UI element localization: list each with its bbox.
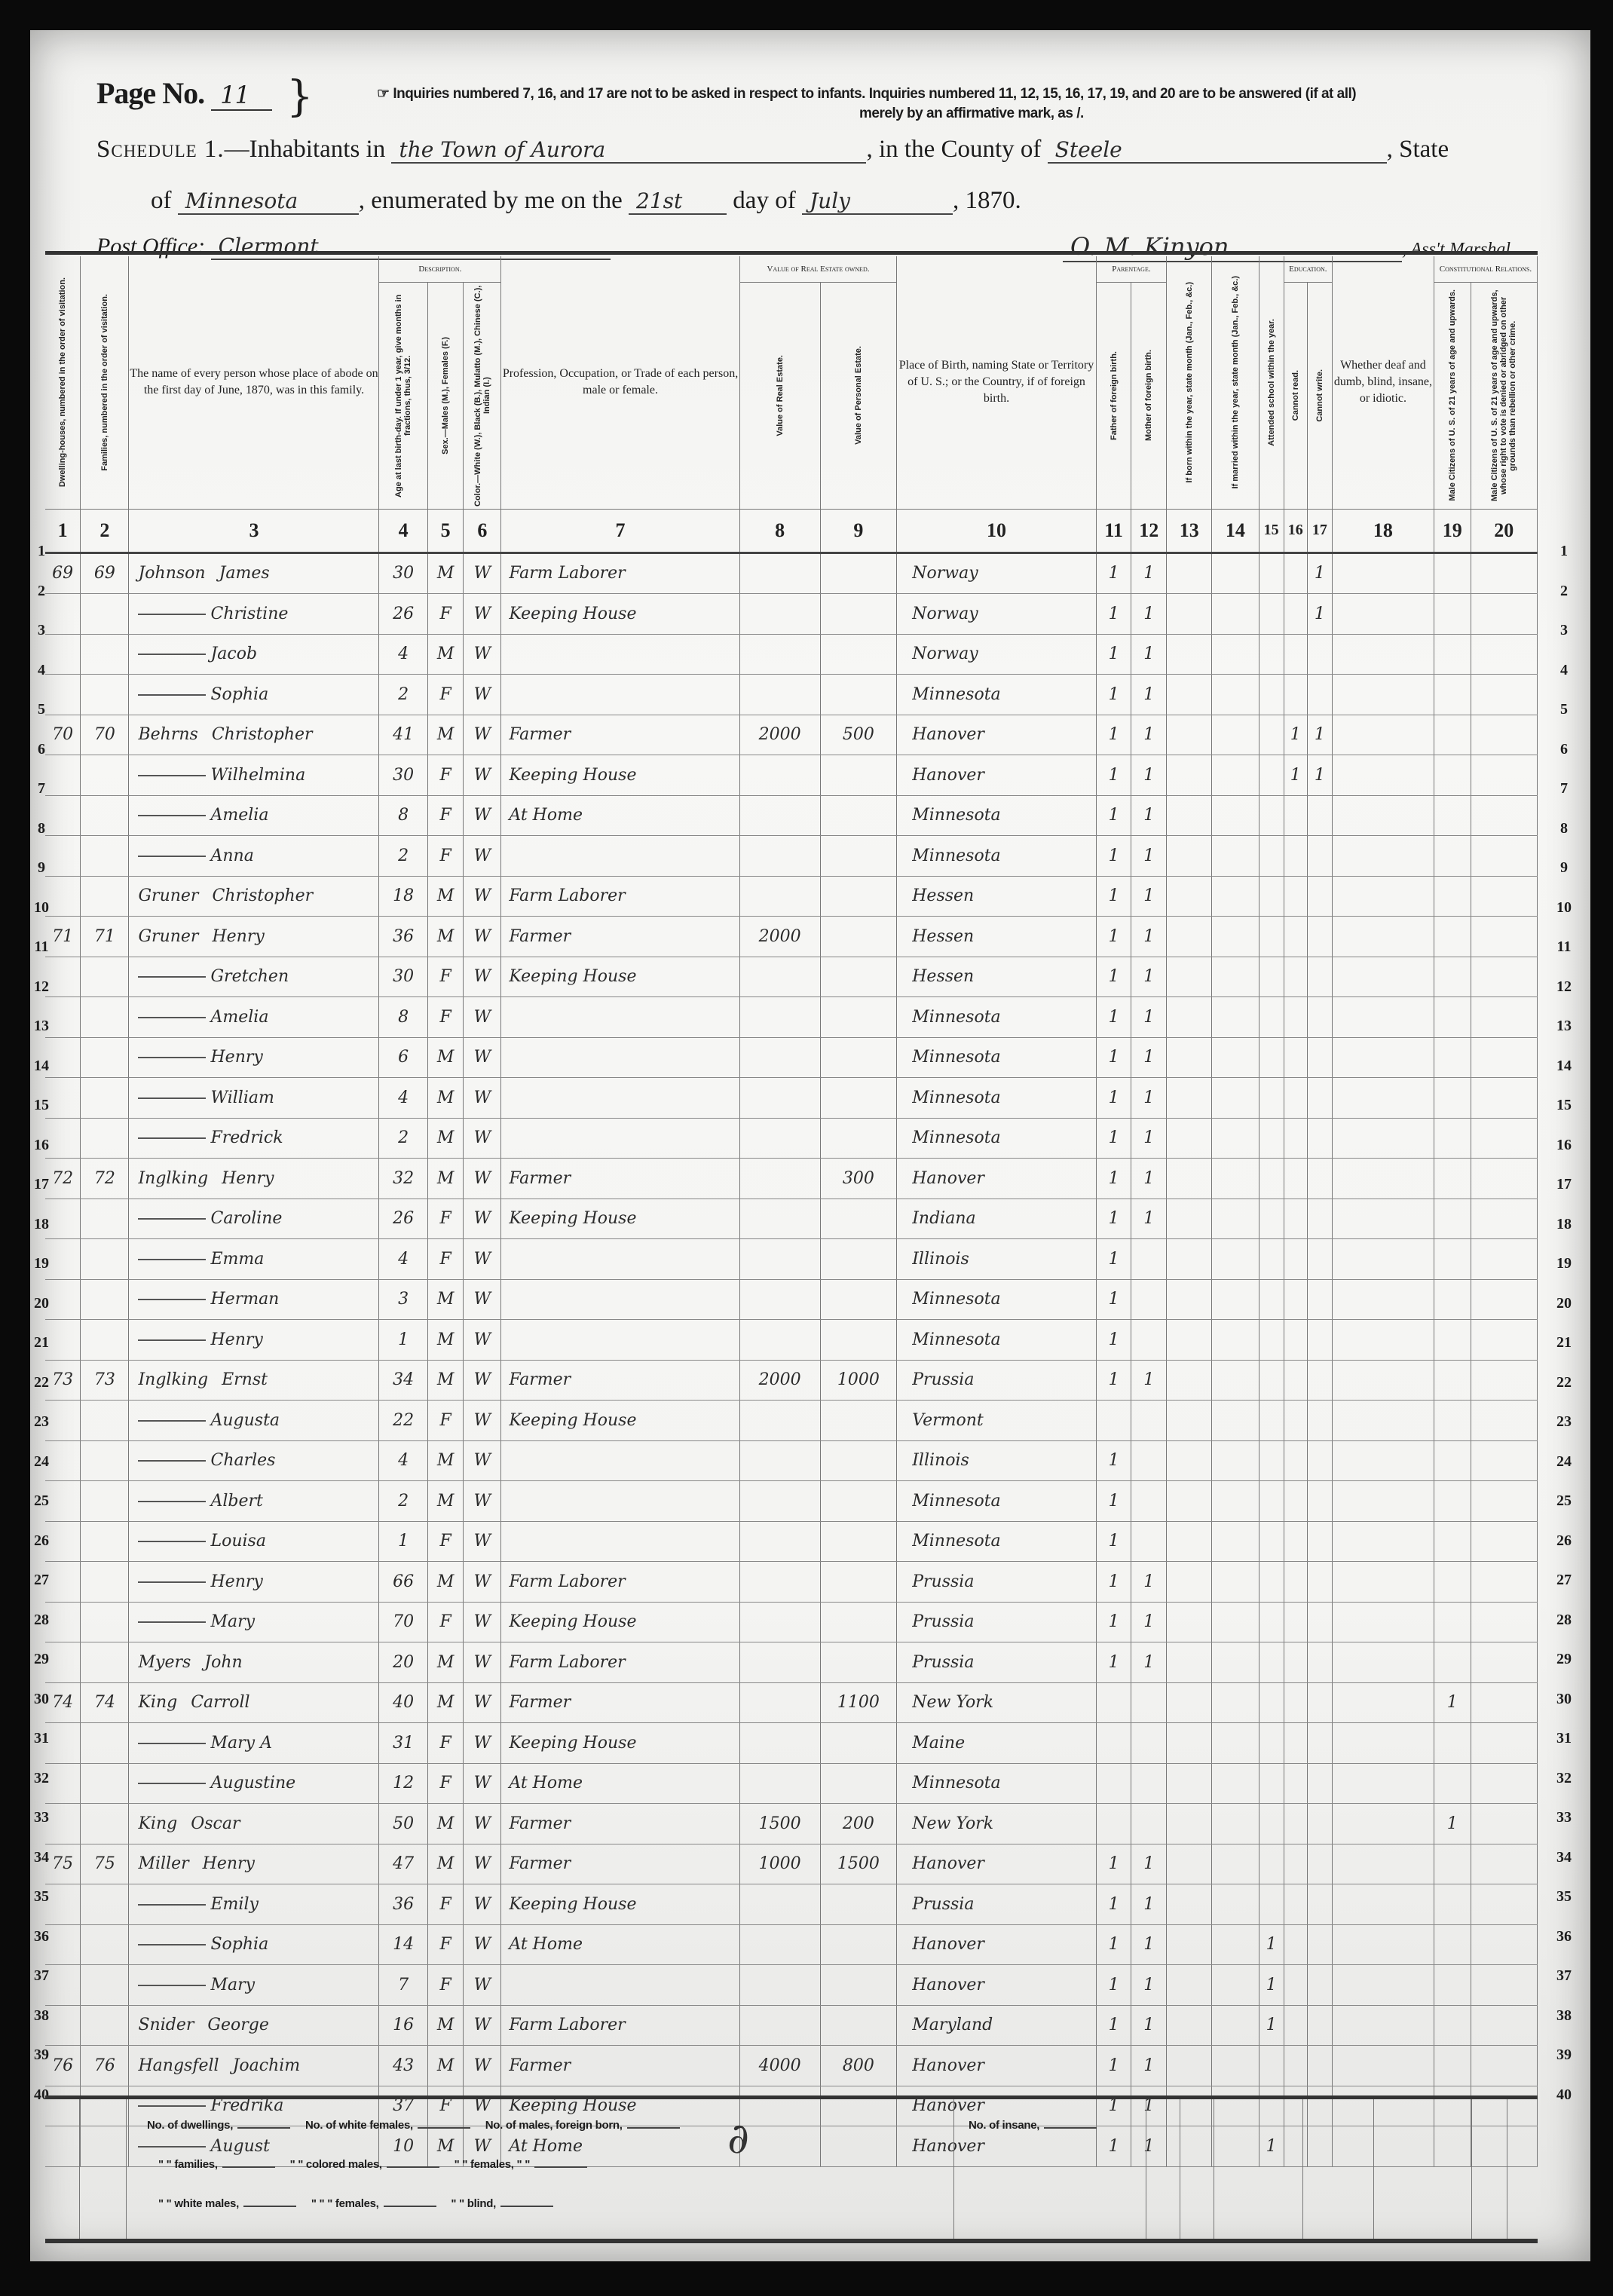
personal-estate-value xyxy=(820,755,897,796)
age: 30 xyxy=(379,957,427,997)
personal-estate-value xyxy=(820,1118,897,1159)
family-number xyxy=(81,957,129,997)
col-num-2: 2 xyxy=(81,509,129,553)
person-name: Sophia xyxy=(129,1924,379,1965)
given-name: Amelia xyxy=(210,1008,268,1027)
table-row: 7373InglkingErnst34MWFarmer20001000Pruss… xyxy=(45,1360,1538,1401)
col-5-header: Sex.—Males (M.), Females (F.) xyxy=(427,282,464,509)
given-name: Emily xyxy=(210,1895,258,1914)
birthplace: Hanover xyxy=(897,1159,1097,1199)
father-foreign-mark: 1 xyxy=(1096,1602,1131,1642)
real-estate-value xyxy=(739,1723,820,1764)
given-name: Henry xyxy=(210,1048,262,1067)
col-14-header: If married within the year, state month … xyxy=(1212,256,1259,509)
color: W xyxy=(464,1360,501,1401)
born-in-year xyxy=(1167,553,1212,594)
mother-foreign-mark: 1 xyxy=(1131,1199,1167,1239)
cannot-read-mark xyxy=(1284,957,1307,997)
age: 2 xyxy=(379,1481,427,1522)
male-citizen-mark xyxy=(1434,997,1471,1038)
birthplace: Minnesota xyxy=(897,1118,1097,1159)
deaf-blind-insane xyxy=(1333,1924,1434,1965)
line-number-left: 25 xyxy=(30,1492,53,1510)
table-row: Fredrick2MWMinnesota11 xyxy=(45,1118,1538,1159)
col-16-header: Cannot read. xyxy=(1284,282,1307,509)
color: W xyxy=(464,1078,501,1119)
married-in-year xyxy=(1212,1481,1259,1522)
born-in-year xyxy=(1167,1682,1212,1723)
age: 22 xyxy=(379,1401,427,1441)
deaf-blind-insane xyxy=(1333,1159,1434,1199)
male-citizen-mark xyxy=(1434,876,1471,917)
male-citizen-mark xyxy=(1434,1965,1471,2006)
color: W xyxy=(464,1884,501,1925)
attended-school-mark xyxy=(1259,1804,1284,1844)
deaf-blind-insane xyxy=(1333,634,1434,675)
birthplace: Illinois xyxy=(897,1239,1097,1280)
given-name: Oscar xyxy=(191,1814,240,1833)
person-name: MyersJohn xyxy=(129,1642,379,1683)
line-number-left: 38 xyxy=(30,2007,53,2025)
ditto-dash xyxy=(138,1017,206,1018)
line-number-right: 2 xyxy=(1553,583,1575,600)
enumeration-line: of Minnesota, enumerated by me on the 21… xyxy=(151,187,1021,215)
males-foreign-blank xyxy=(627,2127,680,2129)
line-number-left: 21 xyxy=(30,1334,53,1352)
deaf-blind-insane xyxy=(1333,836,1434,877)
occupation xyxy=(501,836,739,877)
real-estate-value xyxy=(739,1320,820,1361)
table-row: SniderGeorge16MWFarm LaborerMaryland111 xyxy=(45,2005,1538,2046)
vote-denied-mark xyxy=(1471,553,1537,594)
age: 8 xyxy=(379,997,427,1038)
real-estate-value xyxy=(739,876,820,917)
sex: F xyxy=(427,1723,464,1764)
line-number-left: 2 xyxy=(30,583,53,600)
occupation xyxy=(501,675,739,715)
cannot-read-mark xyxy=(1284,1279,1307,1320)
mother-foreign-mark xyxy=(1131,1521,1167,1562)
table-row: GrunerChristopher18MWFarm LaborerHessen1… xyxy=(45,876,1538,917)
birthplace: Minnesota xyxy=(897,795,1097,836)
ditto-dash xyxy=(138,1743,206,1744)
vote-denied-mark xyxy=(1471,1279,1537,1320)
birthplace: Prussia xyxy=(897,1360,1097,1401)
surname: Inglking xyxy=(138,1370,208,1389)
col-12-header: Mother of foreign birth. xyxy=(1131,282,1167,509)
color: W xyxy=(464,1804,501,1844)
male-citizen-mark xyxy=(1434,917,1471,957)
married-in-year xyxy=(1212,2046,1259,2086)
line-number-right: 4 xyxy=(1553,662,1575,679)
vote-denied-mark xyxy=(1471,1239,1537,1280)
deaf-blind-insane xyxy=(1333,1279,1434,1320)
table-row: Jacob4MWNorway11 xyxy=(45,634,1538,675)
married-in-year xyxy=(1212,997,1259,1038)
line-number-left: 14 xyxy=(30,1058,53,1075)
day-field: 21st xyxy=(629,188,727,215)
line-number-right: 7 xyxy=(1553,780,1575,797)
mother-foreign-mark: 1 xyxy=(1131,1562,1167,1603)
personal-estate-value xyxy=(820,553,897,594)
col-num-20: 20 xyxy=(1471,509,1537,553)
table-row: Henry66MWFarm LaborerPrussia11 xyxy=(45,1562,1538,1603)
married-in-year xyxy=(1212,1320,1259,1361)
attended-school-mark xyxy=(1259,1602,1284,1642)
birthplace: Hanover xyxy=(897,1965,1097,2006)
cannot-read-mark xyxy=(1284,2005,1307,2046)
line-number-left: 20 xyxy=(30,1295,53,1312)
mother-foreign-mark: 1 xyxy=(1131,1159,1167,1199)
line-number-left: 15 xyxy=(30,1097,53,1114)
occupation xyxy=(501,1239,739,1280)
attended-school-mark xyxy=(1259,715,1284,755)
mother-foreign-mark: 1 xyxy=(1131,1360,1167,1401)
sex: F xyxy=(427,1239,464,1280)
occupation: At Home xyxy=(501,795,739,836)
color: W xyxy=(464,1521,501,1562)
attended-school-mark xyxy=(1259,675,1284,715)
line-number-right: 26 xyxy=(1553,1532,1575,1550)
mother-foreign-mark: 1 xyxy=(1131,1078,1167,1119)
given-name: Louisa xyxy=(210,1532,265,1551)
blind-blank xyxy=(500,2206,553,2207)
cannot-write-mark xyxy=(1307,1279,1332,1320)
personal-estate-value xyxy=(820,1642,897,1683)
line-number-right: 16 xyxy=(1553,1137,1575,1154)
age: 66 xyxy=(379,1562,427,1603)
person-name: Henry xyxy=(129,1320,379,1361)
line-number-right: 38 xyxy=(1553,2007,1575,2025)
family-number: 74 xyxy=(81,1682,129,1723)
deaf-blind-insane xyxy=(1333,1844,1434,1884)
cannot-read-mark xyxy=(1284,1844,1307,1884)
born-in-year xyxy=(1167,795,1212,836)
person-name: Henry xyxy=(129,1037,379,1078)
father-foreign-mark: 1 xyxy=(1096,997,1131,1038)
line-number-left: 13 xyxy=(30,1018,53,1035)
birthplace: Minnesota xyxy=(897,675,1097,715)
occupation: Keeping House xyxy=(501,1723,739,1764)
cannot-read-mark xyxy=(1284,1401,1307,1441)
born-in-year xyxy=(1167,997,1212,1038)
person-name: SniderGeorge xyxy=(129,2005,379,2046)
ditto-dash xyxy=(138,1944,206,1945)
sex: F xyxy=(427,594,464,635)
occupation xyxy=(501,1118,739,1159)
surname: Miller xyxy=(138,1854,188,1873)
header-rule xyxy=(45,251,1538,255)
personal-estate-value xyxy=(820,1723,897,1764)
cannot-read-mark: 1 xyxy=(1284,715,1307,755)
vote-denied-mark xyxy=(1471,2046,1537,2086)
sex: F xyxy=(427,836,464,877)
person-name: Albert xyxy=(129,1481,379,1522)
father-foreign-mark: 1 xyxy=(1096,1279,1131,1320)
given-name: Henry xyxy=(222,1169,274,1188)
cannot-read-mark xyxy=(1284,997,1307,1038)
col-num-17: 17 xyxy=(1307,509,1332,553)
age: 47 xyxy=(379,1844,427,1884)
line-number-left: 8 xyxy=(30,820,53,837)
footer-row-1: No. of dwellings, No. of white females, … xyxy=(147,2119,692,2132)
deaf-blind-insane xyxy=(1333,594,1434,635)
deaf-blind-insane xyxy=(1333,1642,1434,1683)
male-citizen-mark xyxy=(1434,795,1471,836)
married-in-year xyxy=(1212,1401,1259,1441)
family-number xyxy=(81,1602,129,1642)
mother-foreign-mark: 1 xyxy=(1131,2005,1167,2046)
color: W xyxy=(464,1279,501,1320)
father-foreign-mark: 1 xyxy=(1096,1965,1131,2006)
person-name: Amelia xyxy=(129,795,379,836)
county-label: , in the County of xyxy=(866,136,1041,163)
cannot-write-mark xyxy=(1307,1763,1332,1804)
col-7-header: Profession, Occupation, or Trade of each… xyxy=(501,256,739,509)
birthplace: Minnesota xyxy=(897,1763,1097,1804)
females-foreign-label: " " females, " " xyxy=(455,2158,530,2171)
color: W xyxy=(464,1481,501,1522)
personal-estate-value xyxy=(820,795,897,836)
ditto-dash xyxy=(138,1259,206,1260)
personal-estate-value: 500 xyxy=(820,715,897,755)
real-estate-value xyxy=(739,755,820,796)
table-row: 7676HangsfellJoachim43MWFarmer4000800Han… xyxy=(45,2046,1538,2086)
ditto-dash xyxy=(138,1218,206,1220)
attended-school-mark xyxy=(1259,1320,1284,1361)
deaf-blind-insane xyxy=(1333,755,1434,796)
personal-estate-value: 200 xyxy=(820,1804,897,1844)
attended-school-mark: 1 xyxy=(1259,1965,1284,2006)
color: W xyxy=(464,876,501,917)
cannot-write-mark xyxy=(1307,1521,1332,1562)
ditto-dash xyxy=(138,1985,206,1986)
table-row: Augustine12FWAt HomeMinnesota xyxy=(45,1763,1538,1804)
person-name: GrunerChristopher xyxy=(129,876,379,917)
dwellings-blank xyxy=(237,2127,290,2129)
real-estate-value xyxy=(739,1037,820,1078)
sex: F xyxy=(427,1199,464,1239)
deaf-blind-insane xyxy=(1333,1078,1434,1119)
footer-col-divider xyxy=(1214,2099,1303,2239)
line-number-right: 10 xyxy=(1553,899,1575,917)
color: W xyxy=(464,634,501,675)
family-number: 73 xyxy=(81,1360,129,1401)
born-in-year xyxy=(1167,1199,1212,1239)
col-17-header: Cannot write. xyxy=(1307,282,1332,509)
line-number-right: 1 xyxy=(1553,543,1575,560)
age: 2 xyxy=(379,1118,427,1159)
person-name: MillerHenry xyxy=(129,1844,379,1884)
table-row: Emma4FWIllinois1 xyxy=(45,1239,1538,1280)
personal-estate-value: 1100 xyxy=(820,1682,897,1723)
description-group-header: Description. xyxy=(379,256,501,282)
mother-foreign-mark: 1 xyxy=(1131,675,1167,715)
father-foreign-mark: 1 xyxy=(1096,957,1131,997)
line-number-right: 14 xyxy=(1553,1058,1575,1075)
attended-school-mark xyxy=(1259,1239,1284,1280)
col-13-header: If born within the year, state month (Ja… xyxy=(1167,256,1212,509)
married-in-year xyxy=(1212,917,1259,957)
deaf-blind-insane xyxy=(1333,1602,1434,1642)
age: 36 xyxy=(379,917,427,957)
line-number-right: 25 xyxy=(1553,1492,1575,1510)
born-in-year xyxy=(1167,1239,1212,1280)
given-name: Mary xyxy=(210,1976,255,1994)
married-in-year xyxy=(1212,715,1259,755)
born-in-year xyxy=(1167,1602,1212,1642)
state-label: , State xyxy=(1387,136,1449,163)
deaf-blind-insane xyxy=(1333,1239,1434,1280)
married-in-year xyxy=(1212,675,1259,715)
mother-foreign-mark: 1 xyxy=(1131,1924,1167,1965)
father-foreign-mark: 1 xyxy=(1096,675,1131,715)
married-in-year xyxy=(1212,1037,1259,1078)
table-row: William4MWMinnesota11 xyxy=(45,1078,1538,1119)
cannot-write-mark xyxy=(1307,1723,1332,1764)
person-name: KingCarroll xyxy=(129,1682,379,1723)
person-name: BehrnsChristopher xyxy=(129,715,379,755)
color: W xyxy=(464,1723,501,1764)
personal-estate-value xyxy=(820,594,897,635)
table-row: 7272InglkingHenry32MWFarmer300Hanover11 xyxy=(45,1159,1538,1199)
cannot-read-mark xyxy=(1284,2046,1307,2086)
age: 26 xyxy=(379,594,427,635)
state-field: Minnesota xyxy=(178,188,359,215)
age: 6 xyxy=(379,1037,427,1078)
occupation: Farm Laborer xyxy=(501,1642,739,1683)
cannot-read-mark xyxy=(1284,634,1307,675)
male-citizen-mark xyxy=(1434,1562,1471,1603)
real-estate-value xyxy=(739,795,820,836)
age: 41 xyxy=(379,715,427,755)
given-name: Ernst xyxy=(222,1370,268,1389)
age: 32 xyxy=(379,1159,427,1199)
table-row: 7575MillerHenry47MWFarmer10001500Hanover… xyxy=(45,1844,1538,1884)
line-number-left: 10 xyxy=(30,899,53,917)
color: W xyxy=(464,2046,501,2086)
table-row: Caroline26FWKeeping HouseIndiana11 xyxy=(45,1199,1538,1239)
table-row: Christine26FWKeeping HouseNorway111 xyxy=(45,594,1538,635)
occupation: Farmer xyxy=(501,1360,739,1401)
father-foreign-mark xyxy=(1096,1682,1131,1723)
table-row: KingOscar50MWFarmer1500200New York1 xyxy=(45,1804,1538,1844)
mother-foreign-mark: 1 xyxy=(1131,1602,1167,1642)
color: W xyxy=(464,917,501,957)
given-name: George xyxy=(207,2016,268,2034)
table-row: Sophia14FWAt HomeHanover111 xyxy=(45,1924,1538,1965)
pointing-hand-icon: ☞ xyxy=(377,86,393,102)
age: 1 xyxy=(379,1521,427,1562)
cannot-read-mark xyxy=(1284,1118,1307,1159)
colored-females-blank xyxy=(384,2206,436,2207)
person-name: JohnsonJames xyxy=(129,553,379,594)
col-3-header: The name of every person whose place of … xyxy=(129,256,379,509)
ditto-dash xyxy=(138,1783,206,1784)
vote-denied-mark xyxy=(1471,1924,1537,1965)
white-females-blank xyxy=(418,2127,470,2129)
vote-denied-mark xyxy=(1471,1723,1537,1764)
vote-denied-mark xyxy=(1471,1118,1537,1159)
family-number xyxy=(81,755,129,796)
born-in-year xyxy=(1167,1884,1212,1925)
cannot-write-mark xyxy=(1307,1320,1332,1361)
color: W xyxy=(464,1440,501,1481)
sex: F xyxy=(427,997,464,1038)
married-in-year xyxy=(1212,1884,1259,1925)
married-in-year xyxy=(1212,1199,1259,1239)
table-row: Charles4MWIllinois1 xyxy=(45,1440,1538,1481)
line-number-left: 29 xyxy=(30,1651,53,1668)
father-foreign-mark: 1 xyxy=(1096,1320,1131,1361)
cannot-write-mark xyxy=(1307,2005,1332,2046)
person-name: Jacob xyxy=(129,634,379,675)
vote-denied-mark xyxy=(1471,1401,1537,1441)
occupation xyxy=(501,1279,739,1320)
table-row: Amelia8FWMinnesota11 xyxy=(45,997,1538,1038)
occupation: Keeping House xyxy=(501,1199,739,1239)
married-in-year xyxy=(1212,1965,1259,2006)
father-foreign-mark: 1 xyxy=(1096,715,1131,755)
inquiries-line-1: Inquiries numbered 7, 16, and 17 are not… xyxy=(393,86,1356,102)
line-number-right: 22 xyxy=(1553,1374,1575,1391)
given-name: Anna xyxy=(210,846,253,865)
cannot-read-mark xyxy=(1284,1159,1307,1199)
white-males-blank xyxy=(243,2206,296,2207)
line-number-left: 31 xyxy=(30,1730,53,1747)
line-number-left: 34 xyxy=(30,1849,53,1866)
vote-denied-mark xyxy=(1471,1078,1537,1119)
birthplace: Minnesota xyxy=(897,836,1097,877)
colored-males-label: " " colored males, xyxy=(290,2158,382,2171)
male-citizen-mark xyxy=(1434,634,1471,675)
line-number-right: 34 xyxy=(1553,1849,1575,1866)
color: W xyxy=(464,553,501,594)
surname: King xyxy=(138,1814,177,1833)
birthplace: Hessen xyxy=(897,917,1097,957)
ditto-dash xyxy=(138,1904,206,1906)
sex: M xyxy=(427,1360,464,1401)
footer-insane: No. of insane, xyxy=(969,2119,1109,2132)
cannot-read-mark xyxy=(1284,1965,1307,2006)
personal-estate-value xyxy=(820,1320,897,1361)
personal-estate-value: 800 xyxy=(820,2046,897,2086)
family-number xyxy=(81,1118,129,1159)
cannot-write-mark xyxy=(1307,876,1332,917)
deaf-blind-insane xyxy=(1333,2005,1434,2046)
line-number-left: 39 xyxy=(30,2047,53,2064)
vote-denied-mark xyxy=(1471,1521,1537,1562)
attended-school-mark xyxy=(1259,1642,1284,1683)
color: W xyxy=(464,957,501,997)
attended-school-mark xyxy=(1259,1884,1284,1925)
occupation xyxy=(501,634,739,675)
line-number-left: 19 xyxy=(30,1255,53,1272)
born-in-year xyxy=(1167,957,1212,997)
male-citizen-mark xyxy=(1434,1884,1471,1925)
birthplace: New York xyxy=(897,1804,1097,1844)
given-name: Gretchen xyxy=(210,967,289,986)
male-citizen-mark xyxy=(1434,1924,1471,1965)
given-name: Christopher xyxy=(212,886,313,905)
cannot-read-mark xyxy=(1284,1037,1307,1078)
vote-denied-mark xyxy=(1471,715,1537,755)
father-foreign-mark: 1 xyxy=(1096,836,1131,877)
sex: F xyxy=(427,1401,464,1441)
insane-label: No. of insane, xyxy=(969,2119,1039,2132)
mother-foreign-mark xyxy=(1131,1481,1167,1522)
table-row: Amelia8FWAt HomeMinnesota11 xyxy=(45,795,1538,836)
